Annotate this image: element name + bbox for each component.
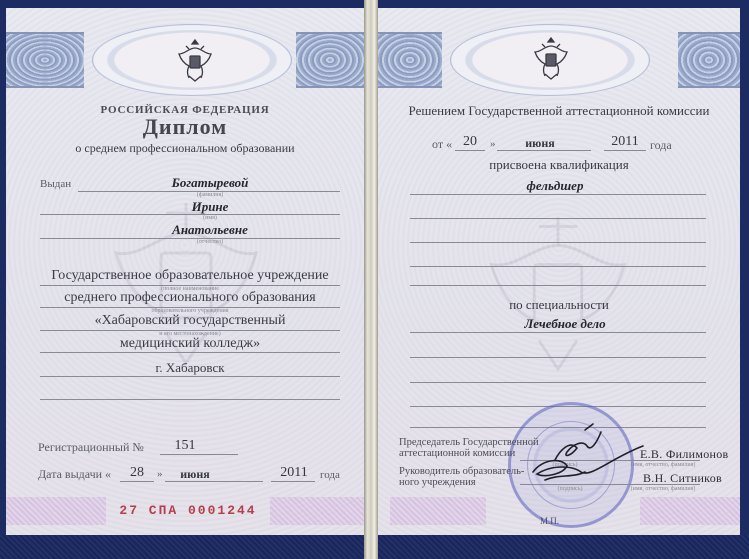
specialty-line-3	[410, 382, 706, 383]
specialty-line	[410, 332, 706, 333]
qualification-value: фельдшер	[500, 178, 610, 194]
registration-label: Регистрационный №	[38, 440, 144, 455]
institution-line-5	[40, 376, 340, 377]
institution-line-4-text: медицинский колледж»	[40, 336, 340, 352]
decision-text: Решением Государственной аттестационной …	[378, 103, 740, 119]
security-band-left	[378, 32, 442, 88]
qualification-line-4	[410, 266, 706, 267]
specialty-label: по специальности	[378, 297, 740, 313]
decision-month: июня	[510, 136, 570, 151]
patronymic-hint: (отчество)	[110, 239, 310, 245]
issue-day: 28	[120, 465, 154, 481]
registration-number: 151	[160, 438, 210, 454]
issue-day-line	[120, 481, 154, 482]
director-name: В.Н. Ситников	[643, 471, 722, 486]
issue-quote-close: »	[157, 468, 163, 480]
watermark-eagle-icon	[473, 198, 643, 388]
decision-day: 20	[455, 134, 485, 150]
issue-year: 2011	[271, 465, 317, 481]
chairman-label-2: аттестационной комиссии	[399, 448, 515, 459]
security-band-bottom-left	[390, 497, 486, 525]
institution-line-4	[40, 352, 340, 353]
surname-value: Богатыревой	[110, 175, 310, 191]
decision-year-suffix: года	[650, 138, 672, 153]
coat-of-arms-icon	[528, 34, 574, 82]
patronymic-value: Анатольевне	[110, 222, 310, 238]
name-hint: (имя)	[110, 215, 310, 221]
printer-imprint: · · · · · · · · · · · · · ·	[632, 537, 660, 541]
institution-city: г. Хабаровск	[40, 360, 340, 376]
signature-scribble	[525, 420, 645, 490]
specialty-value: Лечебное дело	[500, 316, 630, 332]
binding-spine	[364, 0, 378, 559]
issue-year-suffix: года	[320, 469, 340, 481]
decision-year: 2011	[603, 134, 647, 150]
institution-line-6	[40, 399, 340, 400]
qualification-line-3	[410, 242, 706, 243]
qualification-label: присвоена квалификация	[378, 157, 740, 173]
issue-month: июня	[170, 467, 220, 482]
qualification-line-5	[410, 285, 706, 286]
security-band-bottom-right	[270, 497, 364, 525]
coat-of-arms-icon	[172, 36, 218, 84]
serial-number: 27 СПА 0001244	[108, 503, 268, 518]
surname-hint: (фамилия)	[110, 192, 310, 198]
institution-line-1-text: Государственное образовательное учрежден…	[40, 268, 340, 284]
registration-line	[160, 454, 238, 455]
director-label-1: Руководитель образователь-	[399, 466, 524, 477]
issue-date-label: Дата выдачи «	[38, 467, 111, 482]
chairman-name: Е.В. Филимонов	[640, 447, 729, 462]
specialty-line-2	[410, 357, 706, 358]
document-title: Диплом	[6, 114, 364, 140]
institution-line-3-text: «Хабаровский государственный	[40, 313, 340, 329]
institution-line-2-text: среднего профессионального образования	[40, 290, 340, 306]
decision-year-line	[604, 150, 646, 151]
security-band-left	[6, 32, 84, 88]
issue-year-line	[271, 481, 315, 482]
decision-day-line	[455, 150, 485, 151]
director-label-2: ного учреждения	[399, 477, 476, 488]
document-subtitle: о среднем профессиональном образовании	[6, 141, 364, 156]
decision-quote-close: »	[490, 138, 496, 150]
qualification-line	[410, 194, 706, 195]
security-band-right	[678, 32, 740, 88]
chairman-label-1: Председатель Государственной	[399, 437, 539, 448]
name-value: Ирине	[110, 199, 310, 215]
qualification-line-2	[410, 218, 706, 219]
seal-place-label: М.П.	[540, 516, 559, 526]
security-band-bottom-left	[6, 497, 106, 525]
issued-to-label: Выдан	[40, 178, 71, 190]
security-band-bottom-right	[640, 497, 740, 525]
decision-from-label: от «	[432, 137, 452, 152]
security-band-right	[296, 32, 364, 88]
